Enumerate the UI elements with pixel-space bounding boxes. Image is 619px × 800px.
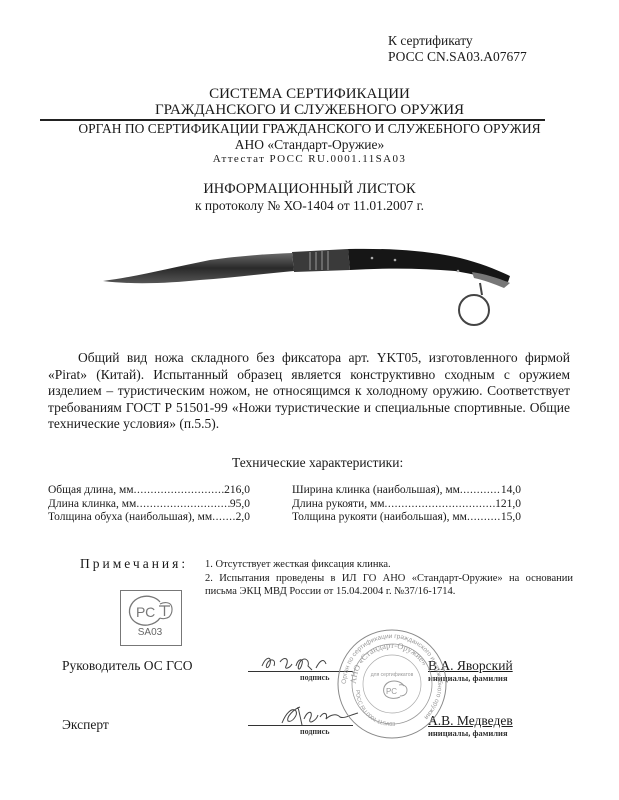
- stamp-center-text: для сертификатов: [371, 672, 414, 678]
- spec-value: 216,0: [224, 484, 250, 498]
- spec-row: Общая длина, мм216,0: [48, 484, 250, 498]
- spec-row: Ширина клинка (наибольшая), мм14,0: [292, 484, 521, 498]
- spec-value: 2,0: [236, 511, 250, 525]
- expert-role-label: Эксперт: [62, 717, 109, 733]
- spec-label: Длина рукояти, мм: [292, 498, 385, 512]
- spec-label: Толщина рукояти (наибольшая), мм: [292, 511, 467, 525]
- spec-value: 95,0: [230, 498, 250, 512]
- notes-list: 1. Отсутствует жесткая фиксация клинка. …: [205, 558, 573, 599]
- spec-label: Ширина клинка (наибольшая), мм: [292, 484, 460, 498]
- organization-name: АНО «Стандарт-Оружие»: [0, 137, 619, 153]
- signature-caption: подпись: [300, 727, 329, 736]
- spec-row: Длина рукояти, мм121,0: [292, 498, 521, 512]
- note-item: 1. Отсутствует жесткая фиксация клинка.: [205, 558, 573, 572]
- certificate-reference: К сертификату РОСС CN.SA03.A07677: [388, 33, 527, 65]
- spec-row: Толщина рукояти (наибольшая), мм15,0: [292, 511, 521, 525]
- notes-label: Примечания:: [80, 556, 188, 572]
- spec-label: Общая длина, мм: [48, 484, 134, 498]
- spec-label: Толщина обуха (наибольшая), мм: [48, 511, 212, 525]
- specs-right-column: Ширина клинка (наибольшая), мм14,0 Длина…: [292, 484, 521, 525]
- specs-title: Технические характеристики:: [232, 455, 403, 471]
- svg-text:РС: РС: [386, 687, 397, 696]
- head-role-label: Руководитель ОС ГСО: [62, 658, 192, 674]
- system-title-line2: ГРАЖДАНСКОГО И СЛУЖЕБНОГО ОРУЖИЯ: [0, 101, 619, 119]
- description-paragraph: Общий вид ножа складного без фиксатора а…: [48, 350, 570, 433]
- spec-label: Длина клинка, мм: [48, 498, 136, 512]
- organ-title: ОРГАН ПО СЕРТИФИКАЦИИ ГРАЖДАНСКОГО И СЛУ…: [0, 121, 619, 137]
- attestat-number: Аттестат РОСС RU.0001.11SA03: [0, 152, 619, 166]
- note-item: 2. Испытания проведены в ИЛ ГО АНО «Стан…: [205, 572, 573, 599]
- spec-row: Длина клинка, мм95,0: [48, 498, 250, 512]
- cert-ref-number: РОСС CN.SA03.A07677: [388, 49, 527, 65]
- mark-code: SA03: [120, 627, 180, 638]
- spec-value: 14,0: [501, 484, 521, 498]
- protocol-reference: к протоколу № ХО-1404 от 11.01.2007 г.: [0, 198, 619, 214]
- spec-value: 15,0: [501, 511, 521, 525]
- rst-logo-icon: РС: [126, 594, 174, 628]
- cert-ref-label: К сертификату: [388, 33, 527, 49]
- spec-value: 121,0: [495, 498, 521, 512]
- svg-text:РС: РС: [136, 604, 155, 620]
- knife-photo: [100, 228, 520, 328]
- official-stamp: Орган по сертификации гражданского и слу…: [336, 628, 448, 740]
- signature-caption: подпись: [300, 673, 329, 682]
- document-title: ИНФОРМАЦИОННЫЙ ЛИСТОК: [0, 181, 619, 198]
- specs-left-column: Общая длина, мм216,0 Длина клинка, мм95,…: [48, 484, 250, 525]
- spec-row: Толщина обуха (наибольшая), мм2,0: [48, 511, 250, 525]
